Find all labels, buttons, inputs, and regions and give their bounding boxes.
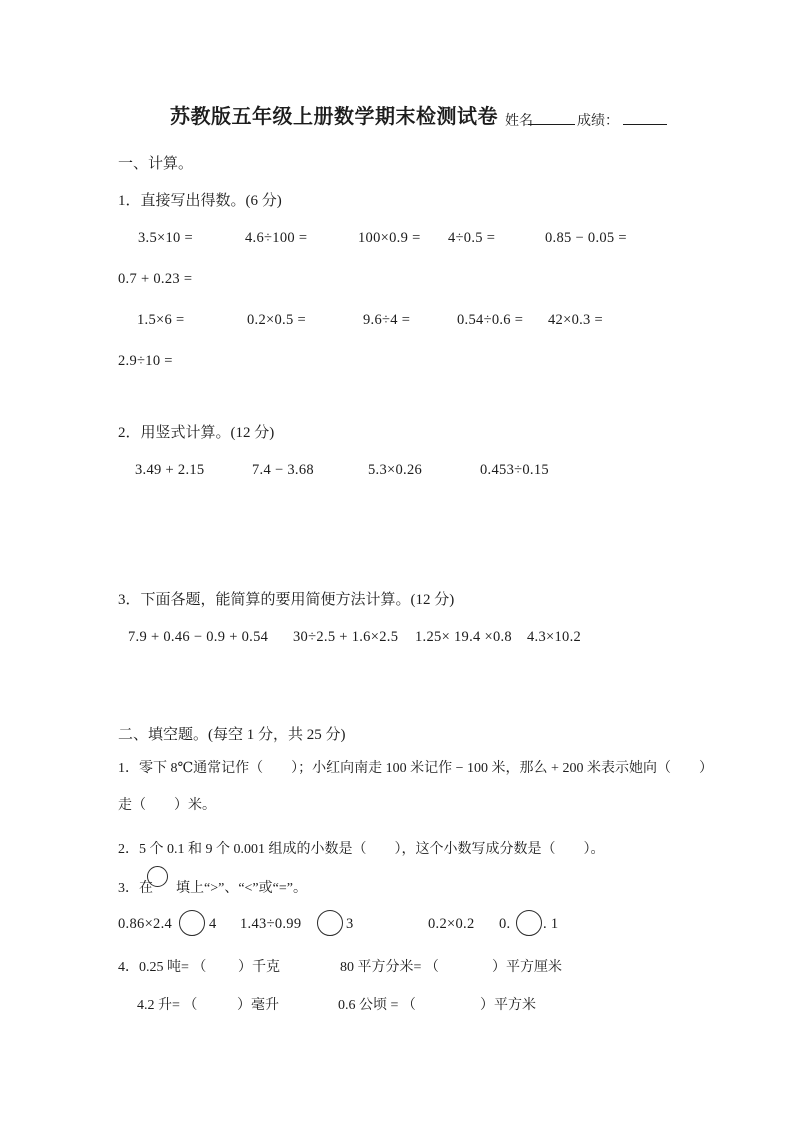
compare-mid-text: 0. — [499, 916, 510, 933]
unit-conv-item: ）千克 — [238, 956, 280, 976]
mental-calc-item: 4÷0.5 = — [448, 230, 495, 247]
column-calc-item: 5.3×0.26 — [368, 462, 422, 479]
mental-calc-item: 0.7 + 0.23 = — [118, 271, 192, 288]
compare-right-operand: 4 — [209, 916, 217, 933]
name-blank-line — [528, 109, 575, 125]
compare-circle-icon — [179, 910, 205, 936]
mental-calc-item: 0.54÷0.6 = — [457, 312, 523, 329]
mental-calc-item: 1.5×6 = — [137, 312, 184, 329]
unit-conv-item: 80 平方分米= （ — [340, 956, 439, 976]
column-calc-item: 0.453÷0.15 — [480, 462, 549, 479]
mental-calc-item: 3.5×10 = — [138, 230, 193, 247]
compare-left-operand: 1.43÷0.99 — [240, 916, 301, 933]
compare-circle-icon — [317, 910, 343, 936]
compare-circle-icon — [147, 866, 168, 887]
compare-left-operand: 0.86×2.4 — [118, 916, 172, 933]
score-label: 成绩： — [577, 110, 619, 130]
page-title: 苏教版五年级上册数学期末检测试卷 — [170, 100, 498, 129]
mental-calc-item: 0.2×0.5 = — [247, 312, 306, 329]
compare-right-operand: 3 — [346, 916, 354, 933]
mental-calc-item: 4.6÷100 = — [245, 230, 307, 247]
fill-q2: 2．5 个 0.1 和 9 个 0.001 组成的小数是（ ），这个小数写成分数… — [118, 838, 605, 858]
mental-calc-item: 0.85 − 0.05 = — [545, 230, 627, 247]
compare-circle-icon — [516, 910, 542, 936]
fill-q3-suffix: 填上“>”、“<”或“=”。 — [176, 877, 307, 897]
mental-calc-item: 42×0.3 = — [548, 312, 603, 329]
compare-right-operand: . 1 — [543, 916, 558, 933]
simplify-calc-item: 30÷2.5 + 1.6×2.5 — [293, 629, 398, 646]
q2-heading: 2．用竖式计算。(12 分) — [118, 421, 274, 442]
unit-conv-item: ）平方米 — [480, 994, 536, 1014]
column-calc-item: 3.49 + 2.15 — [135, 462, 204, 479]
compare-left-operand: 0.2×0.2 — [428, 916, 475, 933]
unit-conv-item: 4.2 升= （ — [137, 994, 197, 1014]
fill-q1-line2: 走（ ）米。 — [118, 794, 216, 814]
q3-heading: 3．下面各题，能简算的要用简便方法计算。(12 分) — [118, 588, 454, 609]
unit-conv-item: ）毫升 — [237, 994, 279, 1014]
fill-q1-line1: 1．零下 8℃通常记作（ ）；小红向南走 100 米记作 − 100 米，那么 … — [118, 757, 713, 777]
simplify-calc-item: 1.25× 19.4 ×0.8 — [415, 629, 512, 646]
unit-conv-item: ）平方厘米 — [492, 956, 562, 976]
simplify-calc-item: 4.3×10.2 — [527, 629, 581, 646]
q1-heading: 1．直接写出得数。(6 分) — [118, 189, 282, 210]
section1-heading: 一、计算。 — [118, 152, 193, 173]
simplify-calc-item: 7.9 + 0.46 − 0.9 + 0.54 — [128, 629, 268, 646]
mental-calc-item: 9.6÷4 = — [363, 312, 410, 329]
exam-paper-page: 苏教版五年级上册数学期末检测试卷 姓名 成绩： 一、计算。 1．直接写出得数。(… — [0, 0, 793, 1122]
mental-calc-item: 2.9÷10 = — [118, 353, 173, 370]
unit-conv-item: 0.6 公顷 = （ — [338, 994, 416, 1014]
mental-calc-item: 100×0.9 = — [358, 230, 421, 247]
column-calc-item: 7.4 − 3.68 — [252, 462, 314, 479]
section2-heading: 二、填空题。(每空 1 分，共 25 分) — [118, 723, 346, 744]
score-blank-line — [623, 109, 667, 125]
unit-conv-item: 4．0.25 吨= （ — [118, 956, 206, 976]
